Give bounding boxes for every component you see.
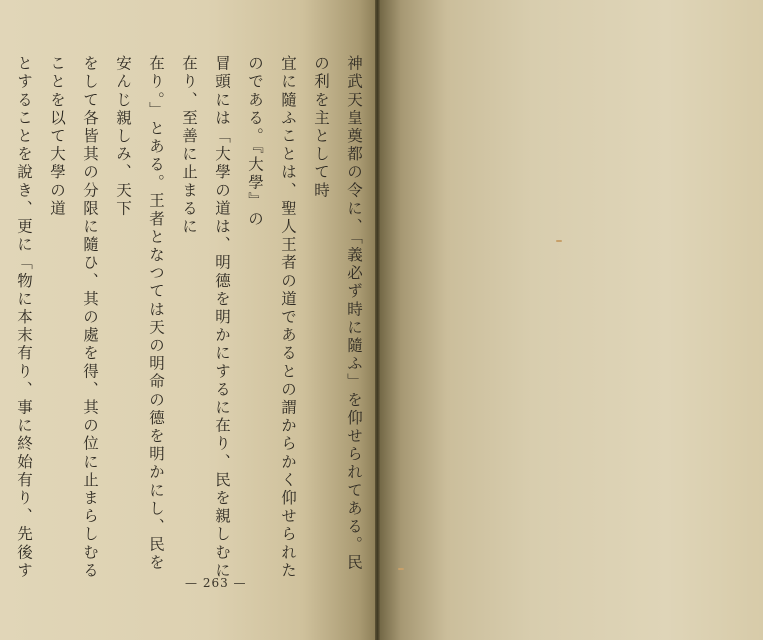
book-gutter: [375, 0, 380, 640]
vertical-text-body: 神武天皇奠都の令に、「義必ず時に隨ふ」を仰せられてある。民の利を主として時 宜に…: [70, 55, 370, 585]
text-column: 冒頭には「大學の道は、明德を明かにするに在り、民を親しむに在り、至善に止まるに: [172, 55, 238, 585]
text-column: 神武天皇奠都の令に、「義必ず時に隨ふ」を仰せられてある。民の利を主として時: [304, 55, 370, 585]
page-number: — 263 —: [185, 576, 247, 590]
text-column: とすることを說き、更に「物に本末有り、事に終始有り、先後する所を知れば道に近: [0, 55, 40, 585]
text-column: 在り。」とある。王者となつては天の明命の德を明かにし、民を安んじ親しみ、天下: [106, 55, 172, 585]
right-page-blank: [378, 0, 763, 640]
text-column: 宜に隨ふことは、聖人王者の道であるとの謂からかく仰せられたのである。『大學』の: [238, 55, 304, 585]
text-column: をして各皆其の分限に隨ひ、其の處を得、其の位に止まらしむることを以て大學の道: [40, 55, 106, 585]
paper-speck: [398, 568, 404, 570]
book-spread: 神武天皇奠都の令に、「義必ず時に隨ふ」を仰せられてある。民の利を主として時 宜に…: [0, 0, 763, 640]
paper-speck: [556, 240, 562, 242]
